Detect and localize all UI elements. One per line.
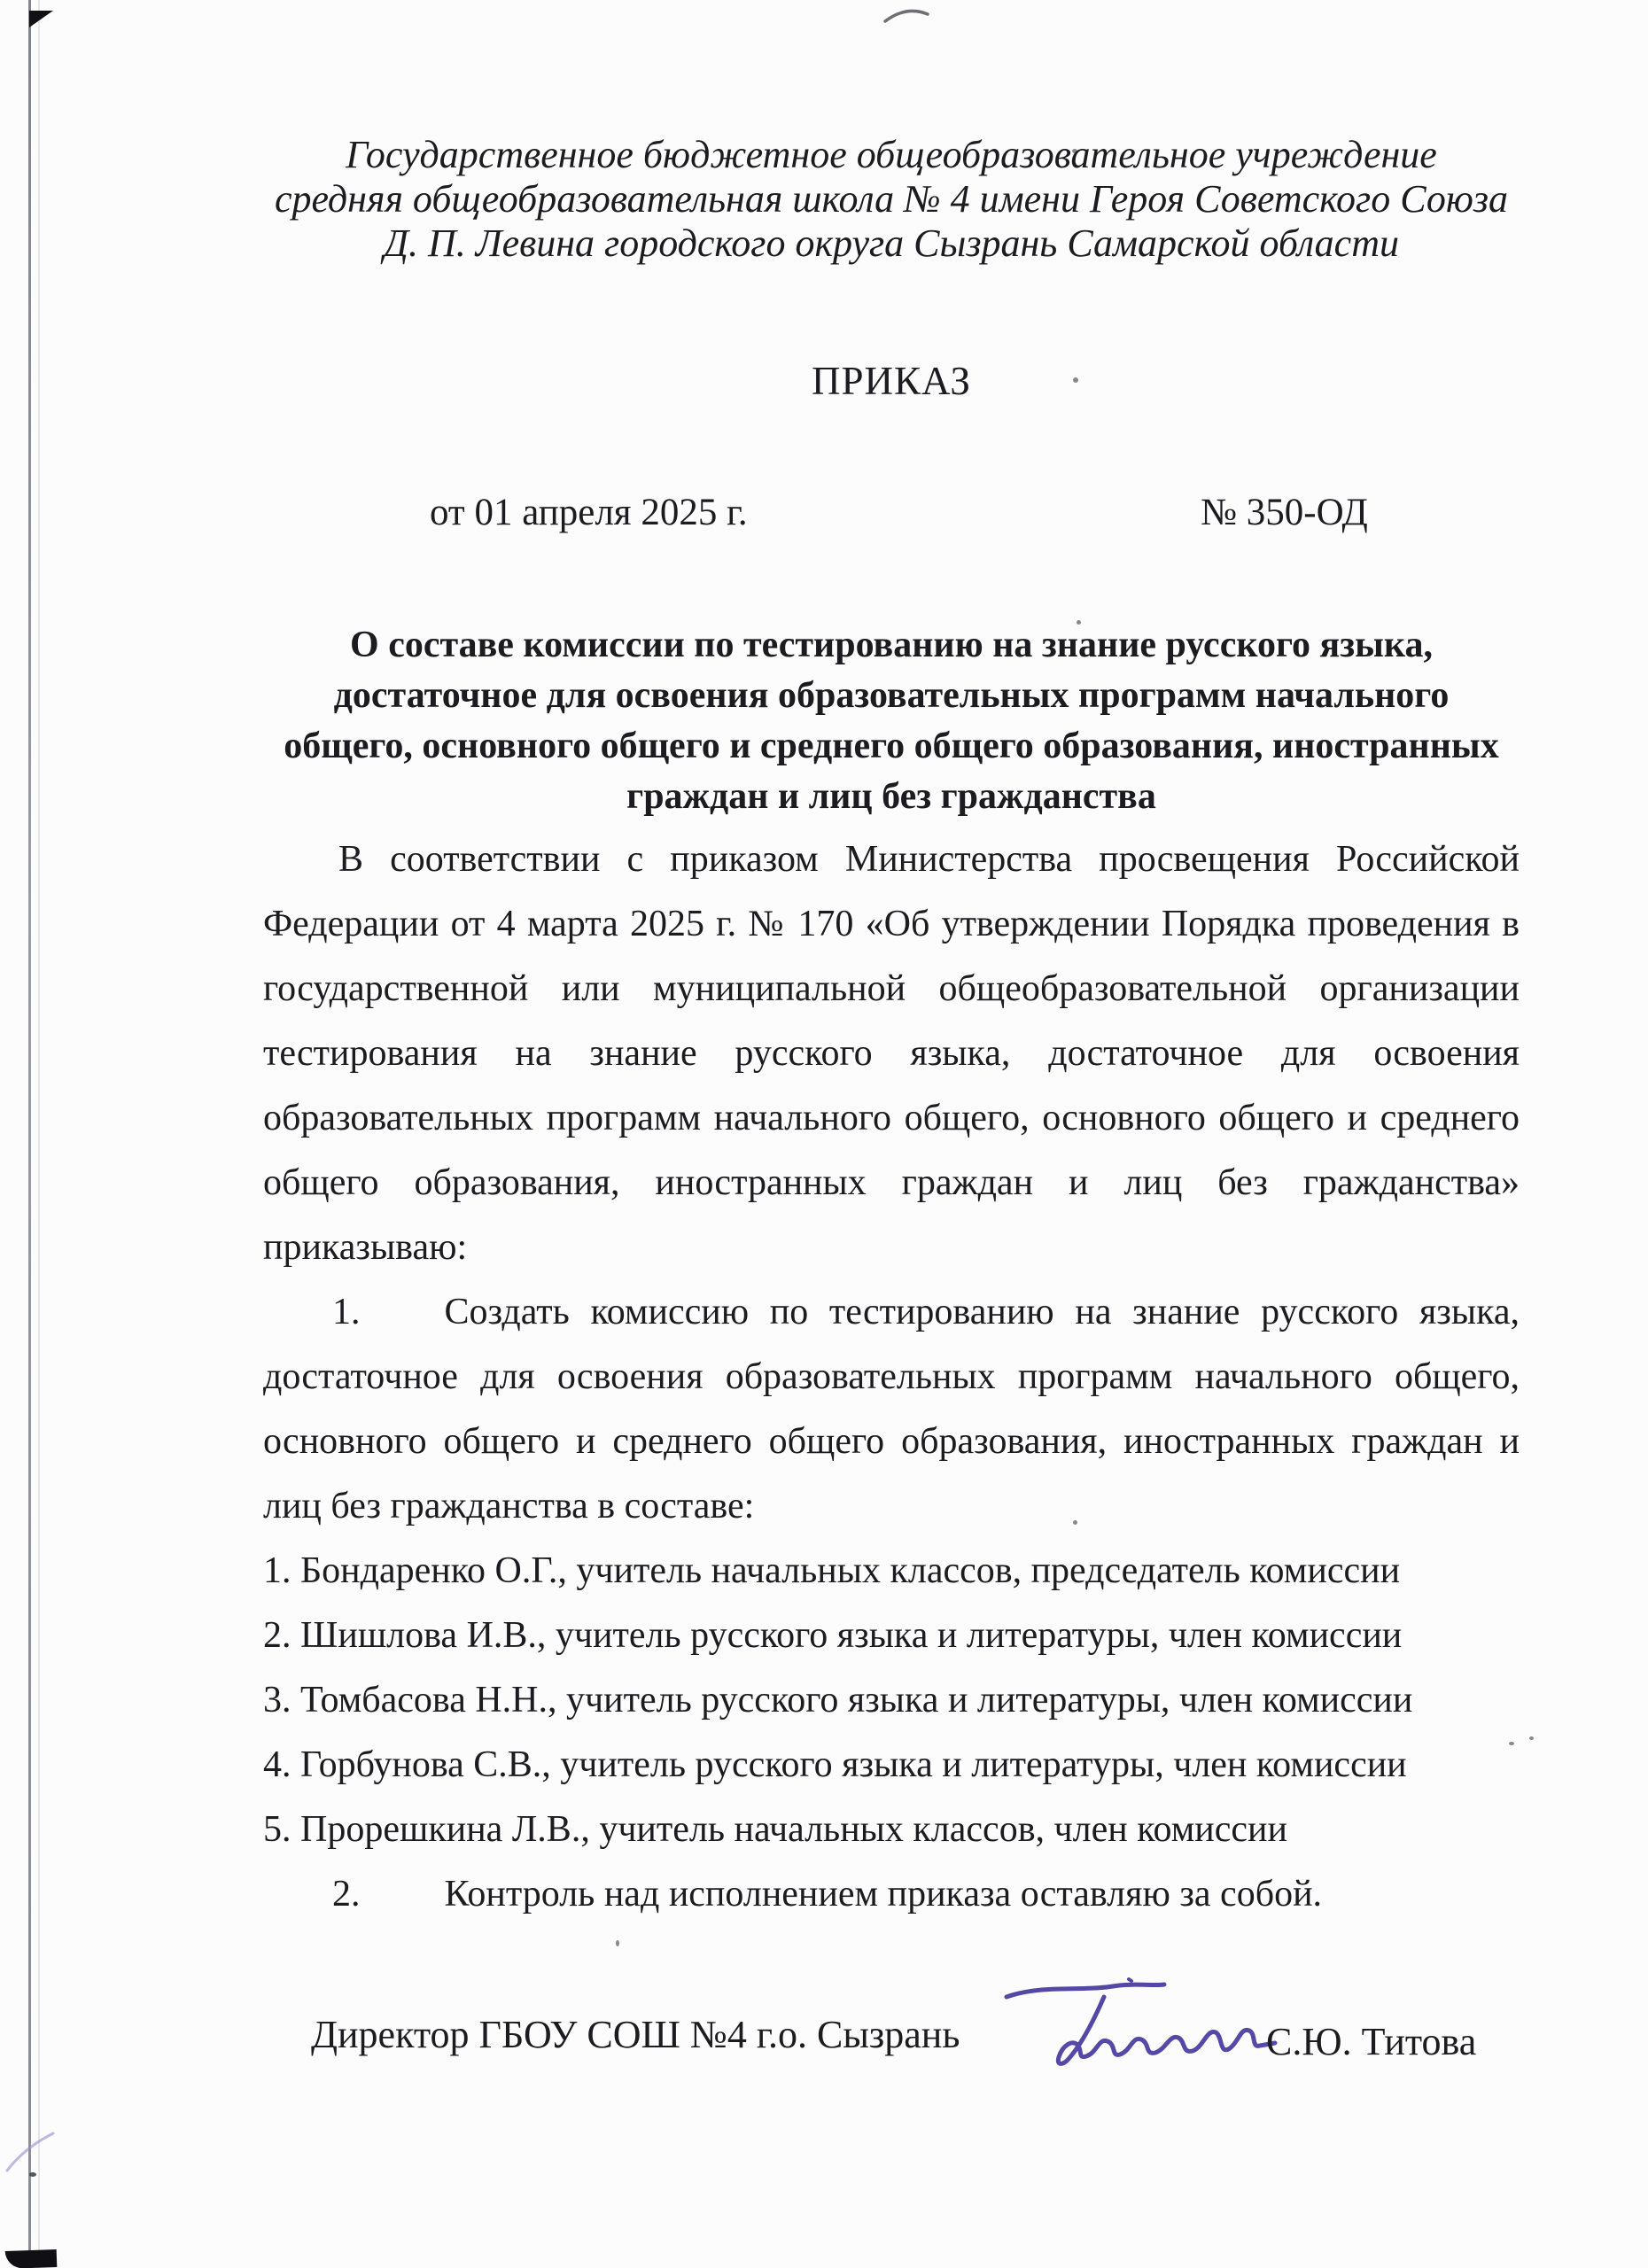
scan-edge-line-faint [38, 0, 40, 2268]
order-date: от 01 апреля 2025 г. [430, 492, 748, 533]
scan-corner-mark-top [29, 11, 53, 27]
paragraph-line: В соответствии с приказом Министерства п… [263, 827, 1520, 892]
scanned-order-document: Государственное бюджетное общеобразовате… [0, 0, 1648, 2268]
action-item-line: 2.Контроль над исполнением приказа остав… [263, 1862, 1520, 1927]
paragraph-line: приказываю: [263, 1216, 1520, 1280]
action-item-line: основного общего и среднего общего образ… [263, 1410, 1520, 1474]
org-header: Государственное бюджетное общеобразовате… [263, 133, 1520, 266]
top-scan-squiggle [882, 4, 944, 27]
action-item-line: 1.Создать комиссию по тестированию на зн… [263, 1280, 1520, 1345]
signature-position: Директор ГБОУ СОШ №4 г.о. Сызрань [311, 2013, 960, 2056]
scan-speck [616, 1940, 619, 1946]
subject-heading: О составе комиссии по тестированию на зн… [248, 620, 1535, 822]
action-item-text: Создать комиссию по тестированию на знан… [445, 1292, 1520, 1332]
subject-line: достаточное для освоения образовательных… [248, 671, 1535, 721]
signature-name: С.Ю. Титова [1266, 2020, 1476, 2064]
paragraph-line: Федерации от 4 марта 2025 г. № 170 «Об у… [263, 892, 1520, 957]
body-text: В соответствии с приказом Министерства п… [263, 827, 1520, 1927]
member-line: 5. Прорешкина Л.В., учитель начальных кл… [263, 1798, 1520, 1862]
org-header-line: Д. П. Левина городского округа Сызрань С… [263, 221, 1520, 266]
scan-edge-line [28, 0, 31, 2268]
signature-row: Директор ГБОУ СОШ №4 г.о. Сызрань С.Ю. Т… [311, 2013, 1551, 2137]
member-line: 3. Томбасова Н.Н., учитель русского язык… [263, 1668, 1520, 1733]
date-row: от 01 апреля 2025 г. № 350-ОД [263, 491, 1520, 535]
doc-title: ПРИКАЗ [263, 359, 1520, 403]
member-line: 1. Бондаренко О.Г., учитель начальных кл… [263, 1539, 1520, 1604]
org-header-line: Государственное бюджетное общеобразовате… [263, 133, 1520, 177]
pen-mark [2, 2126, 58, 2176]
paragraph-line: образовательных программ начального обще… [263, 1086, 1520, 1151]
action-item-number: 2. [332, 1874, 361, 1915]
member-line: 4. Горбунова С.В., учитель русского язык… [263, 1733, 1520, 1798]
scan-corner-mark-bottom [5, 2249, 58, 2268]
action-item-line: лиц без гражданства в составе: [263, 1474, 1520, 1539]
scan-speck [1529, 1736, 1534, 1740]
signature-ink [971, 1977, 1281, 2079]
member-line: 2. Шишлова И.В., учитель русского языка … [263, 1604, 1520, 1668]
org-header-line: средняя общеобразовательная школа № 4 им… [263, 177, 1520, 221]
subject-line: граждан и лиц без гражданства [248, 772, 1535, 822]
subject-line: О составе комиссии по тестированию на зн… [248, 620, 1535, 671]
action-item-number: 1. [332, 1292, 361, 1332]
action-item-line: достаточное для освоения образовательных… [263, 1345, 1520, 1410]
paragraph-line: общего образования, иностранных граждан … [263, 1151, 1520, 1216]
action-item-text: Контроль над исполнением приказа оставля… [445, 1874, 1323, 1915]
order-number: № 350-ОД [1201, 491, 1368, 535]
subject-line: общего, основного общего и среднего обще… [248, 721, 1535, 772]
paragraph-line: государственной или муниципальной общеоб… [263, 957, 1520, 1021]
paragraph-line: тестирования на знание русского языка, д… [263, 1021, 1520, 1086]
